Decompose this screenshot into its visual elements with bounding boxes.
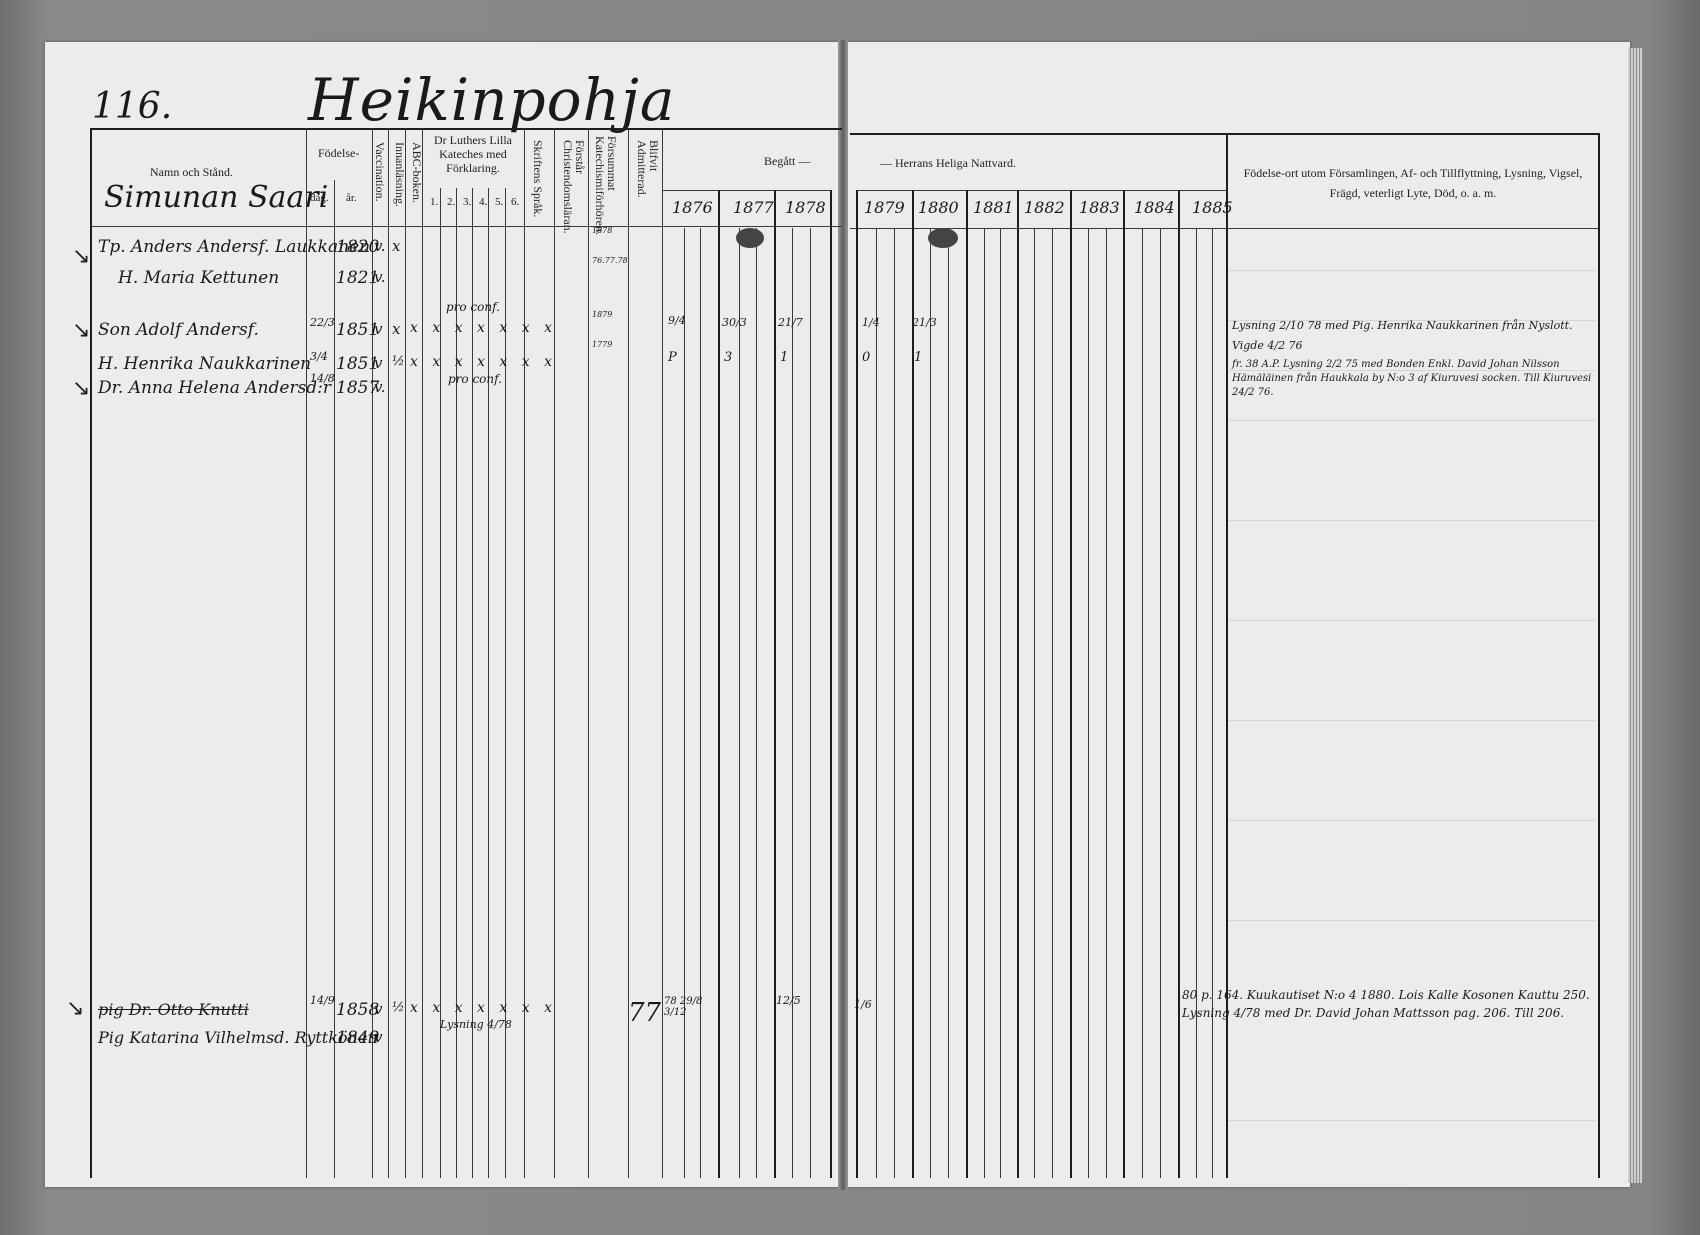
col-line xyxy=(1212,228,1213,1178)
entry-day: 3/4 xyxy=(310,350,328,363)
entry-vacc: v xyxy=(374,1028,382,1046)
ink-blot xyxy=(736,228,764,248)
book-gutter xyxy=(838,40,848,1190)
col-line xyxy=(1000,228,1001,1178)
check-mark-icon: ↘ xyxy=(72,244,90,269)
village-title: Heikinpohja xyxy=(308,66,675,134)
entry-day: 14/9 xyxy=(310,994,324,1007)
col-line xyxy=(700,228,701,1178)
entry-reading: x xyxy=(392,237,400,255)
communion-1876: 78 29/8 3/12 xyxy=(664,996,716,1018)
col-line xyxy=(984,228,985,1178)
entry-reading: x xyxy=(392,320,400,338)
col-line xyxy=(966,190,968,1178)
col-line xyxy=(1142,228,1143,1178)
catechism-part-3: 3. xyxy=(463,196,471,208)
col-line xyxy=(1070,190,1072,1178)
entry-day: 14/8 xyxy=(310,372,324,385)
year-1884: 1884 xyxy=(1134,198,1175,217)
ruled-line xyxy=(1228,920,1596,921)
entry-vacc: v. xyxy=(374,237,385,255)
header-christian-doctrine: Förstår Christendomsläran. xyxy=(560,140,586,235)
col-line xyxy=(856,190,858,1178)
entry-vacc: v. xyxy=(374,268,385,286)
col-line xyxy=(774,190,776,1178)
header-scripture: Skriftens Språk. xyxy=(532,140,544,235)
entry-name-struck: pig Dr. Otto Knutti xyxy=(98,1000,249,1019)
entry-name: H. Henrika Naukkarinen xyxy=(98,354,311,374)
communion-1876: 9/4 xyxy=(668,314,682,327)
header-remarks: Födelse-ort utom Församlingen, Af- och T… xyxy=(1228,163,1598,203)
catechism-part-2: 2. xyxy=(447,196,455,208)
header-missed-exam: Försummat Katechismiförhören. xyxy=(592,136,618,236)
year-1882: 1882 xyxy=(1024,198,1065,217)
header-communion-left: Begått — xyxy=(764,154,810,169)
col-line xyxy=(1106,228,1107,1178)
year-1881: 1881 xyxy=(973,198,1014,217)
farm-name: Simunan Saari xyxy=(104,180,328,215)
entry-note: pro conf. xyxy=(446,300,500,314)
col-line xyxy=(894,228,895,1178)
header-catechism: Dr Luthers Lilla Kateches med Förklaring… xyxy=(428,133,518,175)
entry-vacc: v. xyxy=(374,378,385,396)
entry-year: 1820 xyxy=(336,237,379,257)
col-line xyxy=(1598,133,1600,1178)
page-number: 116. xyxy=(92,86,172,127)
col-line xyxy=(1178,190,1180,1178)
entry-remarks: Lysning 2/10 78 med Pig. Henrika Naukkar… xyxy=(1232,316,1592,356)
entry-missed: 1878 xyxy=(592,226,612,235)
header-bottom-rule-right xyxy=(850,228,1600,229)
col-line xyxy=(1052,228,1053,1178)
communion-1879: 0 xyxy=(862,350,870,365)
col-line xyxy=(810,228,811,1178)
col-line xyxy=(912,190,914,1178)
header-birth-year: år. xyxy=(346,192,357,204)
col-line xyxy=(830,190,832,1178)
page-edges xyxy=(1628,48,1642,1183)
header-birth-day: dag. xyxy=(310,192,329,204)
col-line xyxy=(792,228,793,1178)
entry-day: 22/3 xyxy=(310,316,335,329)
entry-reading: ½ xyxy=(392,1000,405,1015)
entry-reading: ½ xyxy=(392,354,405,369)
ruled-line xyxy=(1228,720,1596,721)
entry-admitted: 77 xyxy=(628,998,661,1028)
catechism-part-1: 1. xyxy=(430,196,438,208)
col-line xyxy=(1196,228,1197,1178)
catechism-part-5: 5. xyxy=(495,196,503,208)
header-birth: Födelse- xyxy=(318,146,359,161)
col-line xyxy=(1160,228,1161,1178)
entry-vacc: v xyxy=(374,320,382,338)
entry-missed: 76.77.78 xyxy=(592,256,628,265)
ruled-line xyxy=(1228,520,1596,521)
header-vaccination: Vaccination. xyxy=(374,142,386,237)
entry-note: pro conf. xyxy=(448,372,502,386)
col-line xyxy=(405,128,406,1178)
year-1879: 1879 xyxy=(864,198,905,217)
col-line xyxy=(524,128,525,1178)
year-1880: 1880 xyxy=(918,198,959,217)
header-bottom-rule xyxy=(90,226,842,227)
communion-1878: 21/7 xyxy=(778,316,792,329)
col-line xyxy=(948,228,949,1178)
col-line xyxy=(684,228,685,1178)
entry-name: H. Maria Kettunen xyxy=(118,268,279,288)
entry-remarks: fr. 38 A.P. Lysning 2/2 75 med Bonden En… xyxy=(1232,358,1596,400)
entry-vacc: v xyxy=(374,354,382,372)
entry-year: 1851 xyxy=(336,354,379,374)
ruled-line xyxy=(1228,620,1596,621)
entry-catechism: x x x x x x x xyxy=(410,354,557,370)
check-mark-icon: ↘ xyxy=(66,996,84,1021)
col-line xyxy=(662,128,663,1178)
communion-1876: P xyxy=(668,350,677,365)
entry-year: 1851 xyxy=(336,320,379,340)
col-line xyxy=(90,128,92,1178)
entry-note: Lysning 4/78 xyxy=(440,1018,512,1031)
header-top-rule xyxy=(90,128,842,130)
header-top-rule-right xyxy=(850,133,1600,135)
col-line xyxy=(739,228,740,1178)
catechism-part-4: 4. xyxy=(479,196,487,208)
col-line xyxy=(306,128,307,1178)
communion-1878: 1 xyxy=(780,350,788,365)
col-line xyxy=(422,128,423,1178)
col-line xyxy=(388,128,389,1178)
entry-year: 1858 xyxy=(336,1000,379,1020)
col-line xyxy=(1017,190,1019,1178)
entry-missed: 1779 xyxy=(592,340,612,349)
entry-year: 1821 xyxy=(336,268,379,288)
entry-remarks: 80 p. 164. Kuukautiset N:o 4 1880. Lois … xyxy=(1182,986,1594,1022)
catechism-part-6: 6. xyxy=(511,196,519,208)
year-1876: 1876 xyxy=(672,198,713,217)
col-line xyxy=(554,128,555,1178)
ruled-line xyxy=(1228,1120,1596,1121)
entry-name: Dr. Anna Helena Andersd:r xyxy=(98,378,331,398)
col-line xyxy=(1123,190,1125,1178)
col-line xyxy=(718,190,720,1178)
col-line xyxy=(588,128,589,1178)
col-line xyxy=(876,228,877,1178)
communion-1879: 1/4 xyxy=(862,316,874,329)
year-1883: 1883 xyxy=(1079,198,1120,217)
ink-blot xyxy=(928,228,958,248)
entry-year: 1857 xyxy=(336,378,379,398)
col-line xyxy=(1088,228,1089,1178)
entry-vacc: v xyxy=(374,1000,382,1018)
communion-1880: 1 xyxy=(914,350,922,365)
year-1878: 1878 xyxy=(785,198,826,217)
communion-1877: 30/3 xyxy=(722,316,736,329)
check-mark-icon: ↘ xyxy=(72,318,90,343)
header-communion-right: — Herrans Heliga Nattvard. xyxy=(880,156,1016,171)
col-line xyxy=(930,228,931,1178)
col-line xyxy=(1034,228,1035,1178)
header-admitted: Blifvit Admitterad. xyxy=(634,140,660,200)
entry-year: 1849 xyxy=(336,1028,379,1048)
check-mark-icon: ↘ xyxy=(72,376,90,401)
entry-name: Son Adolf Andersf. xyxy=(98,320,259,340)
communion-1879: 1/6 xyxy=(854,998,872,1011)
entry-catechism: x x x x x x x xyxy=(410,1000,557,1016)
ruled-line xyxy=(1228,820,1596,821)
entry-catechism: x x x x x x x xyxy=(410,320,557,336)
entry-name: Tp. Anders Andersf. Laukkanen xyxy=(98,237,370,257)
ruled-line xyxy=(1228,420,1596,421)
communion-1880: 21/3 xyxy=(912,316,926,329)
header-name: Namn och Stånd. xyxy=(150,165,233,180)
col-line xyxy=(756,228,757,1178)
years-top-rule-left xyxy=(662,190,830,191)
year-1877: 1877 xyxy=(733,198,774,217)
entry-missed: 1879 xyxy=(592,310,612,319)
communion-1877: 3 xyxy=(724,350,732,365)
communion-1878: 12/5 xyxy=(776,994,801,1007)
ruled-line xyxy=(1228,270,1596,271)
